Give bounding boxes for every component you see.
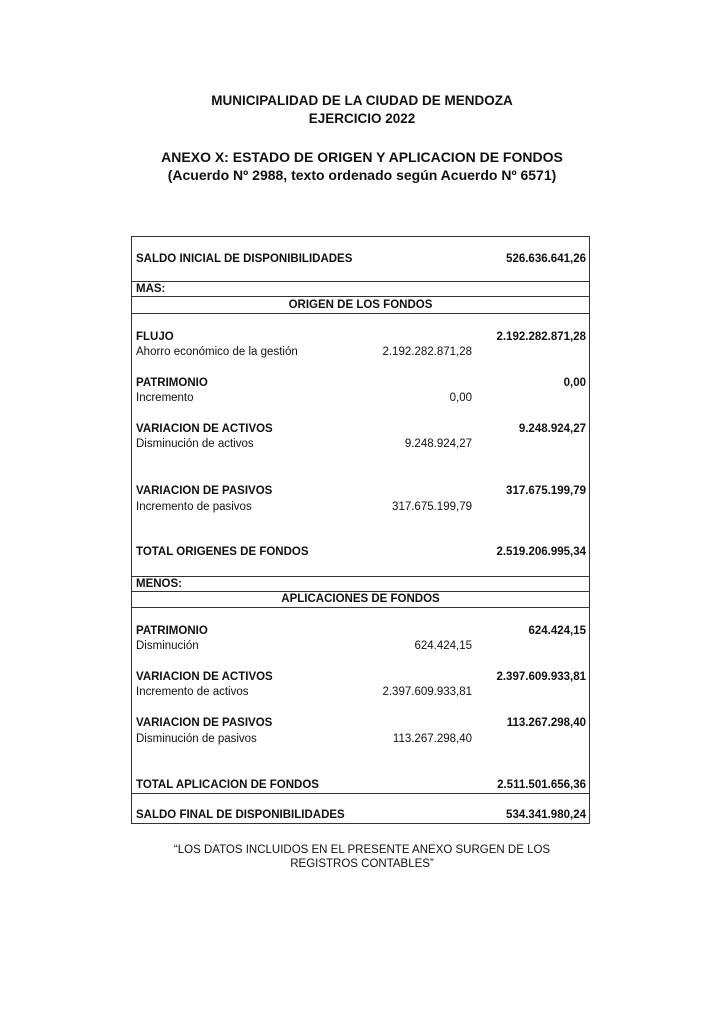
divider xyxy=(132,281,589,282)
origin-detail-value: 0,00 xyxy=(450,391,472,405)
divider xyxy=(132,576,589,577)
total-applications-value: 2.511.501.656,36 xyxy=(497,778,586,792)
origin-section-title: ORIGEN DE LOS FONDOS xyxy=(132,298,589,312)
closing-balance-label: SALDO FINAL DE DISPONIBILIDADES xyxy=(136,808,345,822)
total-origins-label: TOTAL ORIGENES DE FONDOS xyxy=(136,545,309,559)
divider xyxy=(132,793,589,794)
application-detail-label: Disminución xyxy=(136,639,199,653)
divider xyxy=(132,607,589,608)
application-item-label: VARIACION DE PASIVOS xyxy=(136,716,272,730)
funds-statement-table: SALDO INICIAL DE DISPONIBILIDADES 526.63… xyxy=(131,236,590,824)
origin-item-total: 0,00 xyxy=(564,376,586,390)
application-detail-value: 2.397.609.933,81 xyxy=(382,685,472,699)
application-item-total: 2.397.609.933,81 xyxy=(496,670,586,684)
origin-item-label: VARIACION DE ACTIVOS xyxy=(136,422,273,436)
origin-detail-label: Incremento de pasivos xyxy=(136,500,252,514)
divider xyxy=(132,313,589,314)
application-item-total: 624.424,15 xyxy=(528,624,586,638)
annex-header: ANEXO X: ESTADO DE ORIGEN Y APLICACION D… xyxy=(0,148,724,184)
footer-note: “LOS DATOS INCLUIDOS EN EL PRESENTE ANEX… xyxy=(0,843,724,871)
origin-detail-value: 9.248.924,27 xyxy=(405,437,472,451)
applications-section-title: APLICACIONES DE FONDOS xyxy=(132,592,589,606)
opening-balance-label: SALDO INICIAL DE DISPONIBILIDADES xyxy=(136,252,352,266)
fiscal-year: EJERCICIO 2022 xyxy=(0,110,724,128)
opening-balance-value: 526.636.641,26 xyxy=(506,252,586,266)
closing-balance-value: 534.341.980,24 xyxy=(506,808,586,822)
municipality-name: MUNICIPALIDAD DE LA CIUDAD DE MENDOZA xyxy=(0,92,724,110)
divider xyxy=(132,296,589,297)
application-item-label: VARIACION DE ACTIVOS xyxy=(136,670,273,684)
footer-line: “LOS DATOS INCLUIDOS EN EL PRESENTE ANEX… xyxy=(0,843,724,857)
origin-item-label: FLUJO xyxy=(136,330,174,344)
origin-item-label: VARIACION DE PASIVOS xyxy=(136,484,272,498)
menos-label: MENOS: xyxy=(136,577,182,591)
origin-item-total: 317.675.199,79 xyxy=(506,484,586,498)
annex-subtitle: (Acuerdo Nº 2988, texto ordenado según A… xyxy=(0,166,724,184)
origin-item-label: PATRIMONIO xyxy=(136,376,208,390)
origin-detail-label: Disminución de activos xyxy=(136,437,254,451)
origin-detail-value: 2.192.282.871,28 xyxy=(382,345,472,359)
mas-label: MAS: xyxy=(136,282,165,296)
application-detail-label: Disminución de pasivos xyxy=(136,732,257,746)
document-header: MUNICIPALIDAD DE LA CIUDAD DE MENDOZA EJ… xyxy=(0,92,724,128)
footer-line: REGISTROS CONTABLES” xyxy=(0,857,724,871)
annex-title: ANEXO X: ESTADO DE ORIGEN Y APLICACION D… xyxy=(0,148,724,166)
application-detail-label: Incremento de activos xyxy=(136,685,249,699)
application-detail-value: 113.267.298,40 xyxy=(393,732,472,746)
origin-detail-label: Ahorro económico de la gestión xyxy=(136,345,298,359)
application-item-label: PATRIMONIO xyxy=(136,624,208,638)
origin-item-total: 2.192.282.871,28 xyxy=(496,330,586,344)
origin-detail-value: 317.675.199,79 xyxy=(392,500,472,514)
application-item-total: 113.267.298,40 xyxy=(507,716,586,730)
total-origins-value: 2.519.206.995,34 xyxy=(496,545,586,559)
application-detail-value: 624.424,15 xyxy=(414,639,472,653)
origin-item-total: 9.248.924,27 xyxy=(519,422,586,436)
origin-detail-label: Incremento xyxy=(136,391,194,405)
total-applications-label: TOTAL APLICACION DE FONDOS xyxy=(136,778,319,792)
